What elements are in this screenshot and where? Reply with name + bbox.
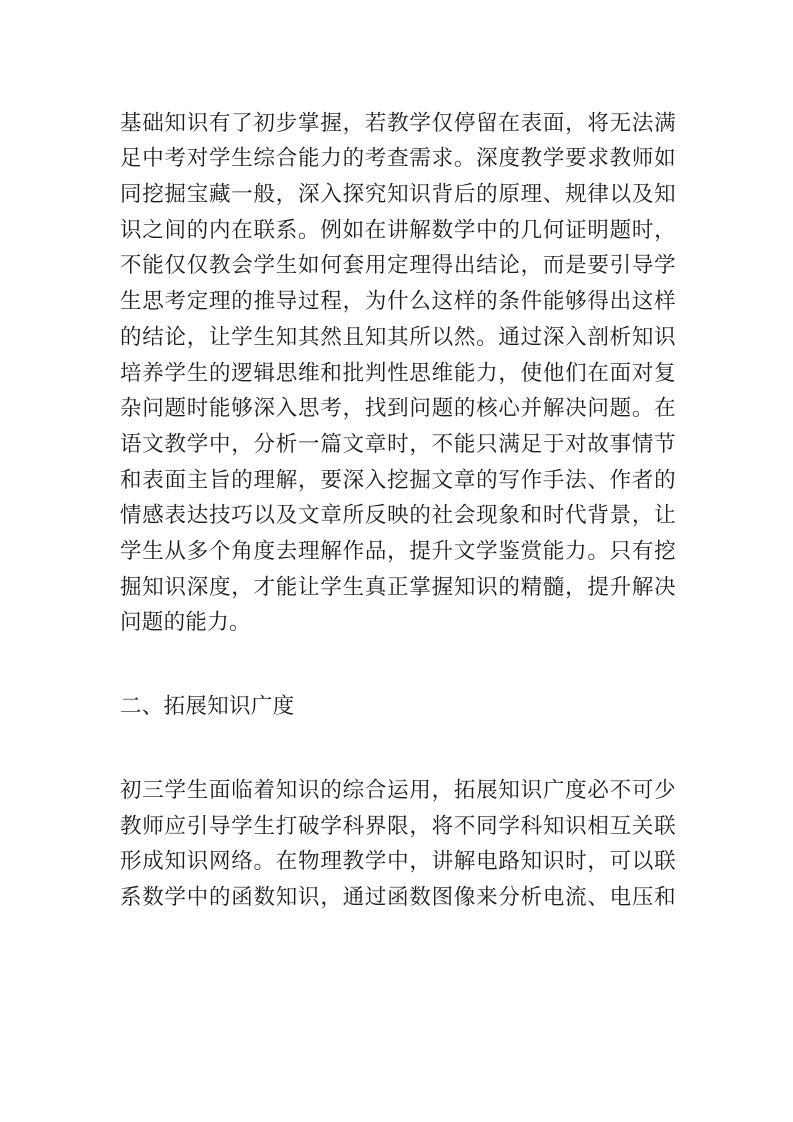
text-line: 情感表达技巧以及文章所反映的社会现象和时代背景，让: [120, 498, 676, 534]
text-line: 形成知识网络。在物理教学中，讲解电路知识时，可以联: [120, 844, 676, 880]
text-line: 生思考定理的推导过程，为什么这样的条件能够得出这样: [120, 284, 676, 320]
text-line: 系数学中的函数知识，通过函数图像来分析电流、电压和: [120, 880, 676, 916]
text-line: 足中考对学生综合能力的考查需求。深度教学要求教师如: [120, 141, 676, 177]
text-line: 不能仅仅教会学生如何套用定理得出结论，而是要引导学: [120, 248, 676, 284]
text-line: 掘知识深度，才能让学生真正掌握知识的精髓，提升解决: [120, 570, 676, 606]
section-heading: 二、拓展知识广度: [120, 689, 294, 725]
text-line: 问题的能力。: [120, 605, 676, 641]
text-line: 的结论，让学生知其然且知其所以然。通过深入剖析知识: [120, 320, 676, 356]
text-line: 同挖掘宝藏一般，深入探究知识背后的原理、规律以及知: [120, 177, 676, 213]
text-line: 杂问题时能够深入思考，找到问题的核心并解决问题。在: [120, 391, 676, 427]
text-line: 和表面主旨的理解，要深入挖掘文章的写作手法、作者的: [120, 463, 676, 499]
text-line: 学生从多个角度去理解作品，提升文学鉴赏能力。只有挖: [120, 534, 676, 570]
text-line: 培养学生的逻辑思维和批判性思维能力，使他们在面对复: [120, 356, 676, 392]
text-line: 教师应引导学生打破学科界限，将不同学科知识相互关联: [120, 809, 676, 845]
text-line: 识之间的内在联系。例如在讲解数学中的几何证明题时，: [120, 213, 676, 249]
document-page: 基础知识有了初步掌握，若教学仅停留在表面，将无法满 足中考对学生综合能力的考查需…: [0, 0, 793, 1122]
text-line: 初三学生面临着知识的综合运用，拓展知识广度必不可少: [120, 773, 676, 809]
text-line: 语文教学中，分析一篇文章时，不能只满足于对故事情节: [120, 427, 676, 463]
text-line: 基础知识有了初步掌握，若教学仅停留在表面，将无法满: [120, 106, 676, 142]
